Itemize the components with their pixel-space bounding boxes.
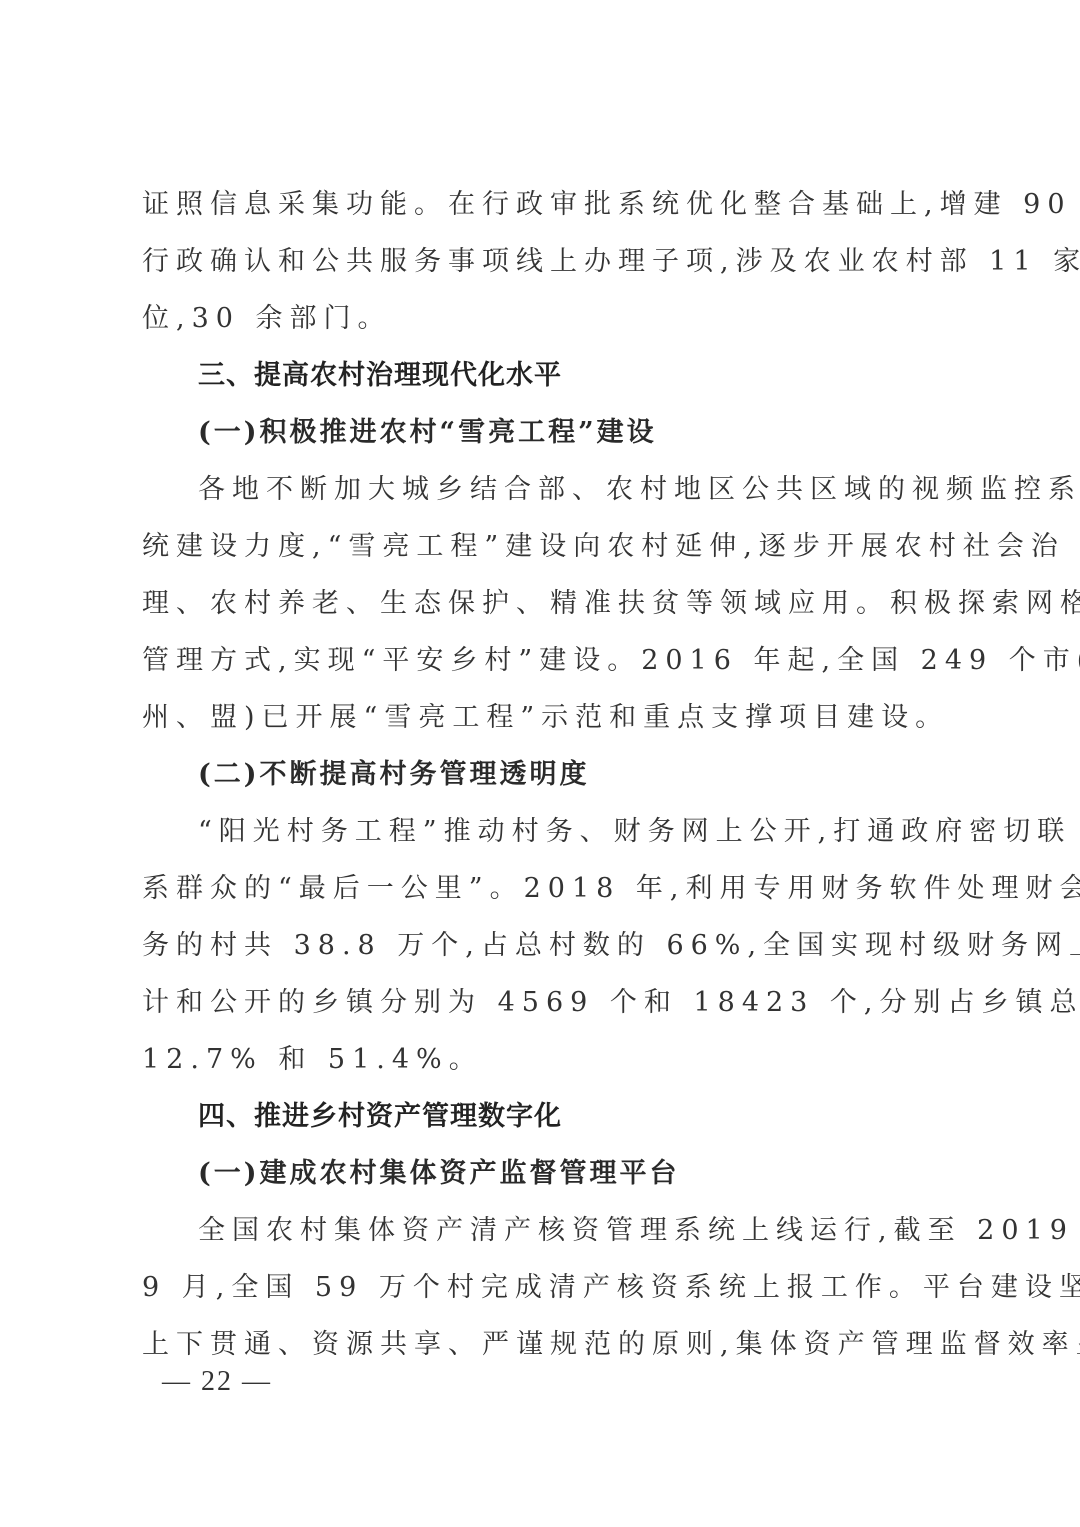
text-line: 上下贯通、资源共享、严谨规范的原则,集体资产管理监督效率显 bbox=[142, 1316, 942, 1373]
paragraph-4-1: 全国农村集体资产清产核资管理系统上线运行,截至 2019 年 9 月,全国 59… bbox=[142, 1202, 942, 1373]
text-line: 管理方式,实现“平安乡村”建设。2016 年起,全国 249 个市(地、 bbox=[142, 632, 942, 689]
section-heading-4: 四、推进乡村资产管理数字化 bbox=[142, 1088, 942, 1145]
text-line: “阳光村务工程”推动村务、财务网上公开,打通政府密切联 bbox=[142, 803, 942, 860]
text-line: 统建设力度,“雪亮工程”建设向农村延伸,逐步开展农村社会治 bbox=[142, 518, 942, 575]
section-heading-3: 三、提高农村治理现代化水平 bbox=[142, 347, 942, 404]
text-line: 证照信息采集功能。在行政审批系统优化整合基础上,增建 90 个 bbox=[142, 176, 942, 233]
paragraph-3-2: “阳光村务工程”推动村务、财务网上公开,打通政府密切联 系群众的“最后一公里”。… bbox=[142, 803, 942, 1088]
document-page: 证照信息采集功能。在行政审批系统优化整合基础上,增建 90 个 行政确认和公共服… bbox=[142, 176, 942, 1373]
text-line: 全国农村集体资产清产核资管理系统上线运行,截至 2019 年 bbox=[142, 1202, 942, 1259]
paragraph-continued: 证照信息采集功能。在行政审批系统优化整合基础上,增建 90 个 行政确认和公共服… bbox=[142, 176, 942, 347]
text-line: 系群众的“最后一公里”。2018 年,利用专用财务软件处理财会业 bbox=[142, 860, 942, 917]
page-number: — 22 — bbox=[162, 1366, 272, 1398]
text-line: 12.7% 和 51.4%。 bbox=[142, 1031, 942, 1088]
subsection-heading-3-1: (一)积极推进农村“雪亮工程”建设 bbox=[142, 404, 942, 461]
text-line: 位,30 余部门。 bbox=[142, 290, 942, 347]
paragraph-3-1: 各地不断加大城乡结合部、农村地区公共区域的视频监控系 统建设力度,“雪亮工程”建… bbox=[142, 461, 942, 746]
text-line: 9 月,全国 59 万个村完成清产核资系统上报工作。平台建设坚持 bbox=[142, 1259, 942, 1316]
text-line: 务的村共 38.8 万个,占总村数的 66%,全国实现村级财务网上审 bbox=[142, 917, 942, 974]
text-line: 理、农村养老、生态保护、精准扶贫等领域应用。积极探索网格化 bbox=[142, 575, 942, 632]
text-line: 行政确认和公共服务事项线上办理子项,涉及农业农村部 11 家单 bbox=[142, 233, 942, 290]
text-line: 州、盟)已开展“雪亮工程”示范和重点支撑项目建设。 bbox=[142, 689, 942, 746]
text-line: 各地不断加大城乡结合部、农村地区公共区域的视频监控系 bbox=[142, 461, 942, 518]
text-line: 计和公开的乡镇分别为 4569 个和 18423 个,分别占乡镇总数的 bbox=[142, 974, 942, 1031]
subsection-heading-3-2: (二)不断提高村务管理透明度 bbox=[142, 746, 942, 803]
subsection-heading-4-1: (一)建成农村集体资产监督管理平台 bbox=[142, 1145, 942, 1202]
